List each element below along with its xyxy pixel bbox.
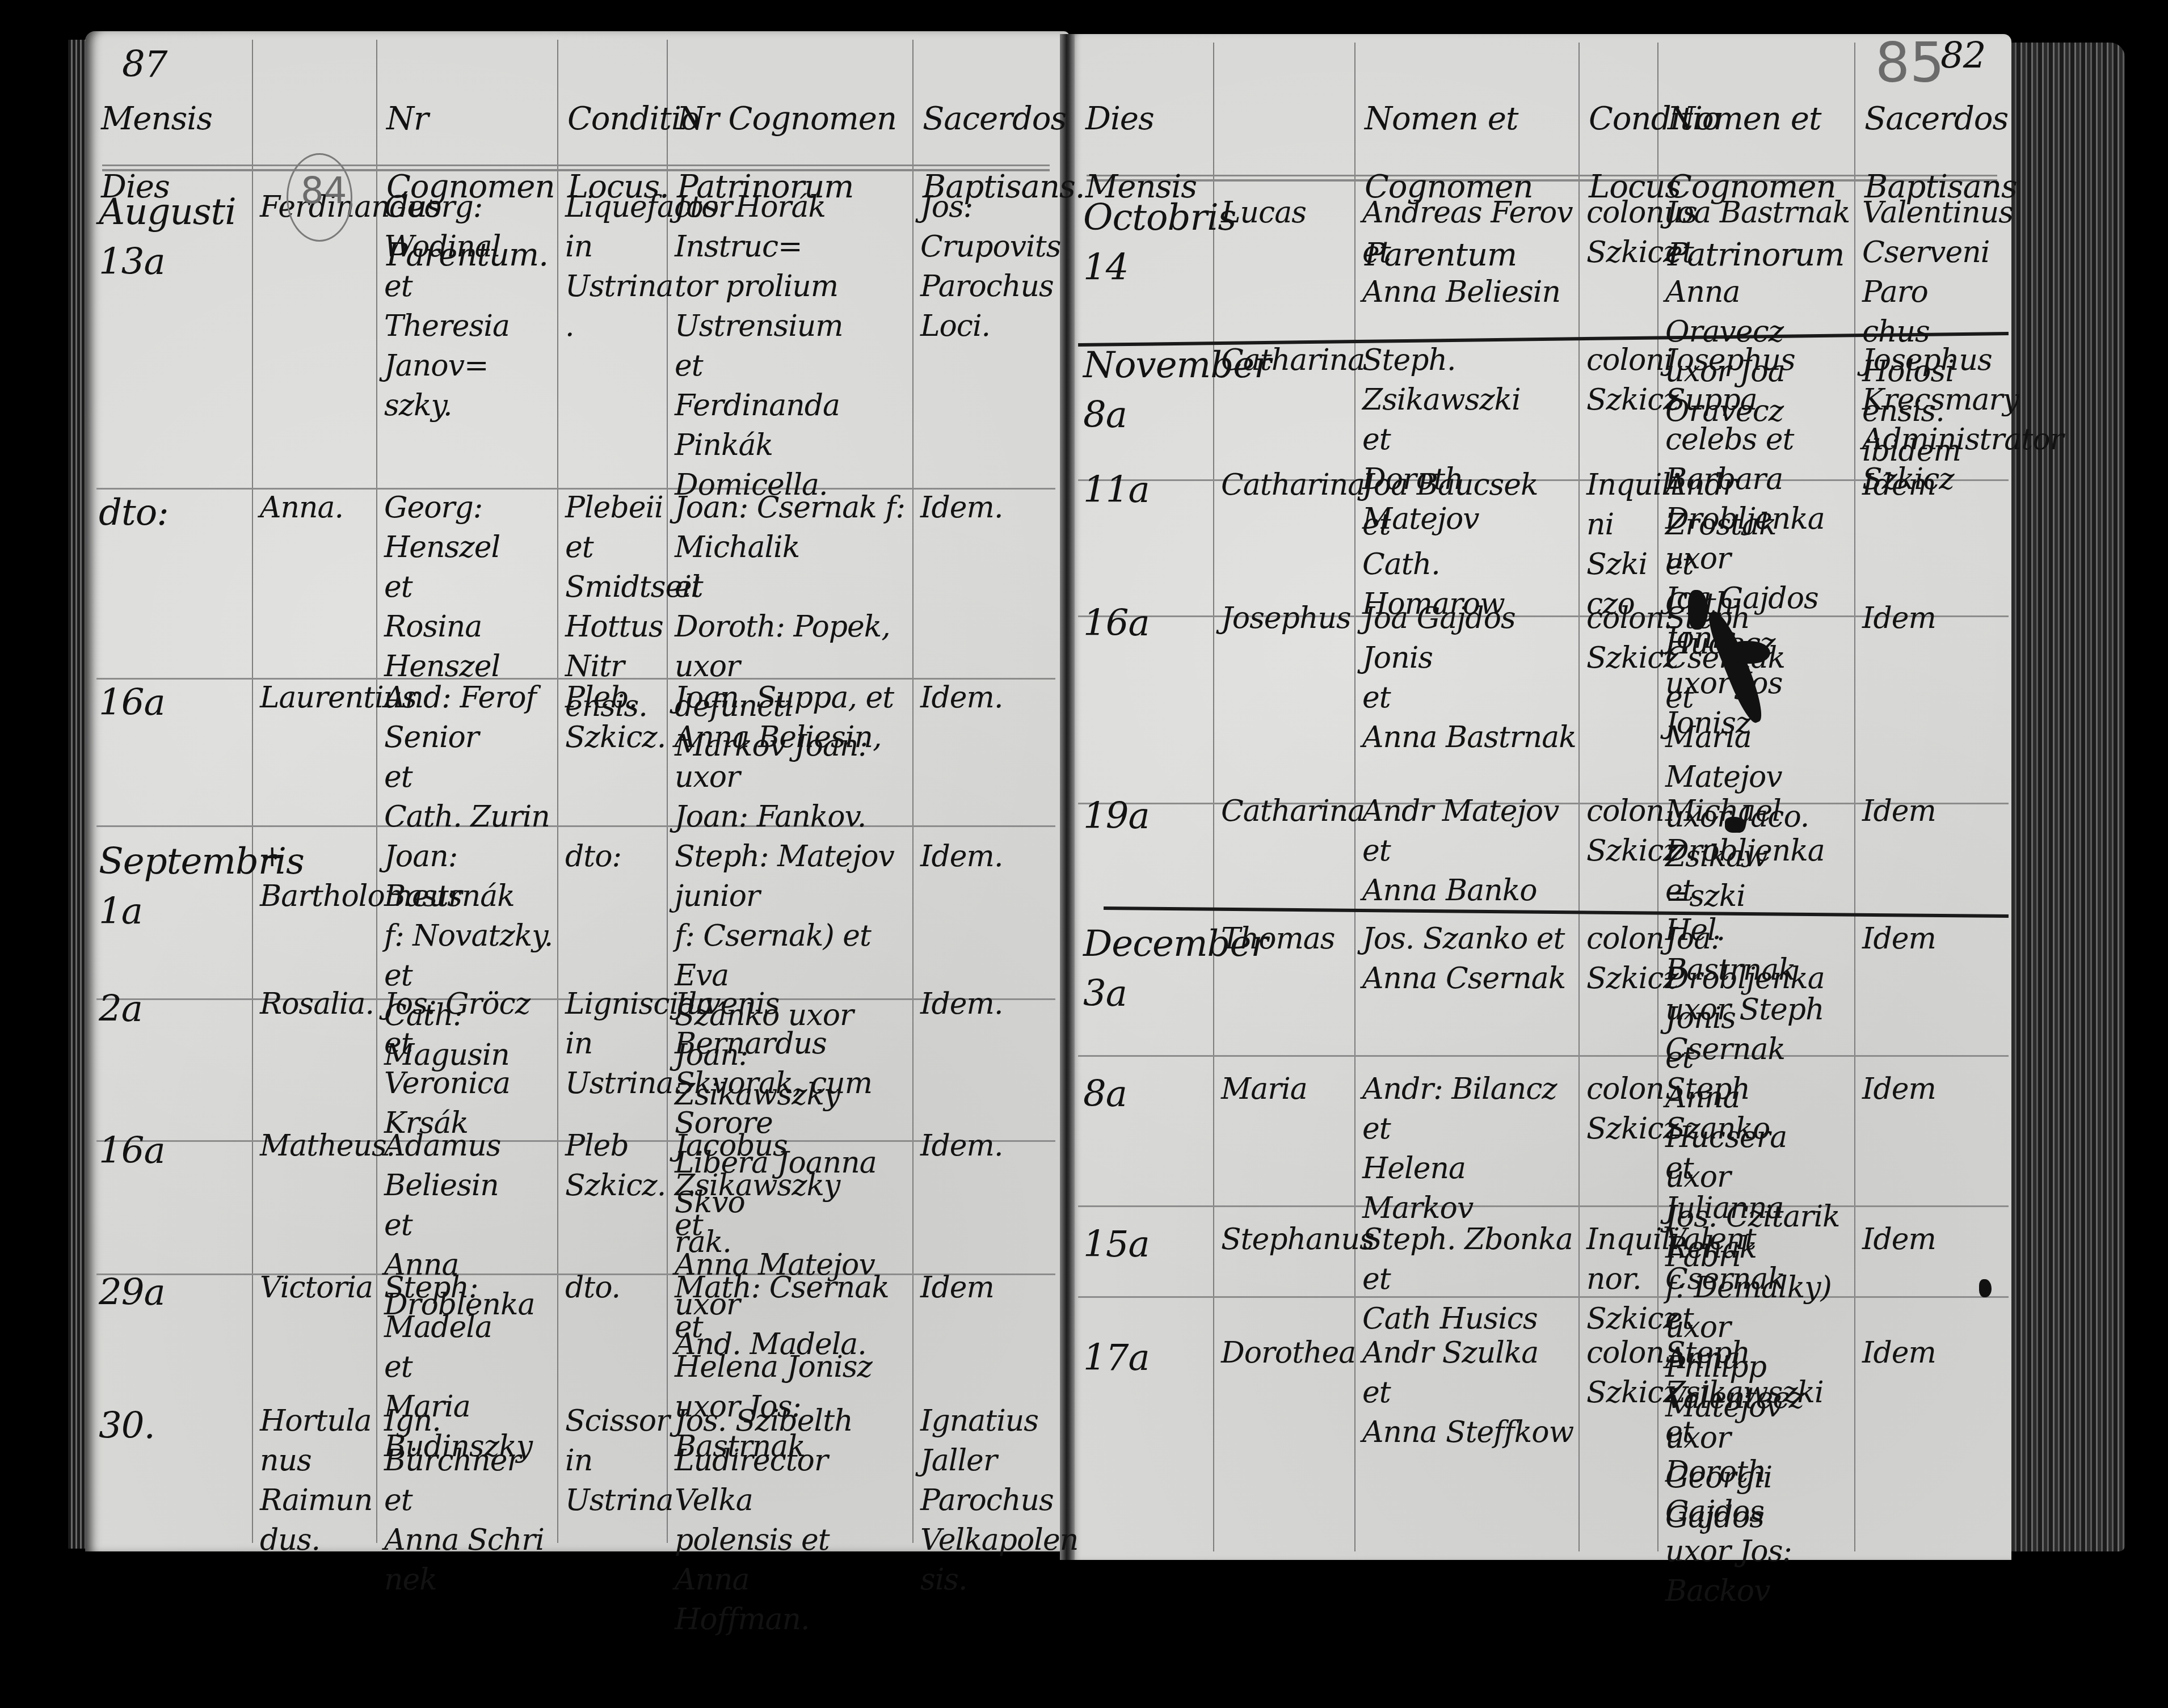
left_page-entry-priest: Jos: Crupovits Parochus Loci. xyxy=(920,187,1059,346)
left_page-column-divider xyxy=(376,40,377,1543)
left_page-entry-godparents: Jos. Szibelth Ludirector Velka polensis … xyxy=(675,1401,910,1639)
right_page-entry-date: 19a xyxy=(1083,791,1211,841)
left_page-entry-condition: Pleb. Szkicz. xyxy=(565,678,664,757)
right_page-entry-priest: Idem xyxy=(1862,465,2006,505)
left_page-entry-name: Rosalia. xyxy=(260,984,374,1024)
left_page-entry-priest: Idem. xyxy=(920,837,1059,876)
right_page-entry-condition: Inquili nor. Szkicz xyxy=(1586,1220,1655,1339)
right_page-entry-priest: Idem xyxy=(1862,1220,2006,1259)
right_page-column-divider xyxy=(1854,43,1855,1551)
right_page-entry-date: 16a xyxy=(1083,598,1211,648)
right_page-entry-parents: Steph. Zbonka et Cath Husics xyxy=(1362,1220,1576,1339)
left_page-entry-parents: Georg: Henszel et Rosina Henszel xyxy=(384,488,555,686)
right_page-entry-godparents: Steph Zsikawszki et Doroth Gajdos uxor J… xyxy=(1665,1333,1852,1611)
right_page-entry-name: Lucas xyxy=(1221,193,1352,233)
book-gutter xyxy=(1060,34,1075,1560)
left_page-entry-priest: Idem. xyxy=(920,678,1059,718)
left_page-entry-name: + Bartholomeus xyxy=(260,837,374,916)
right_page-entry-parents: Andr: Bilancz et Helena Markov xyxy=(1362,1069,1576,1228)
right_page-column-divider xyxy=(1213,43,1214,1551)
left_page-entry-date: Septembris 1a xyxy=(99,837,250,937)
right_page-entry-condition: colon Szkicz xyxy=(1586,919,1655,998)
right_page-entry-condition: colonus Szkicz xyxy=(1586,193,1655,272)
right_page-entry-priest: Idem xyxy=(1862,1333,2006,1373)
left_page-entry-date: 16a xyxy=(99,678,250,728)
left_page-column-divider xyxy=(667,40,668,1543)
page-edges xyxy=(2011,43,2125,1551)
left-page-pencil-folio: 84 xyxy=(301,170,347,212)
left_page-column-divider xyxy=(557,40,558,1543)
ink-blot xyxy=(1725,817,1745,833)
right_page-entry-parents: Andreas Ferov et Anna Beliesin xyxy=(1362,193,1576,312)
right_page-entry-parents: Jos. Szanko et Anna Csernak xyxy=(1362,919,1576,998)
left_page-entry-priest: Idem. xyxy=(920,984,1059,1024)
ink-blot xyxy=(1688,590,1708,630)
right_page-entry-parents: Andr Matejov et Anna Banko xyxy=(1362,791,1576,910)
left_page-entry-date: 29a xyxy=(99,1268,250,1318)
left_page-entry-parents: Jos: Gröcz et Veronica Krsák xyxy=(384,984,555,1143)
right_page-entry-condition: coloni Szkicz xyxy=(1586,340,1655,420)
left_page-entry-date: 2a xyxy=(99,984,250,1034)
right-page-pencil-folio: 85 xyxy=(1875,31,1944,95)
left_page-entry-condition: Scissor in Ustrina xyxy=(565,1401,664,1520)
right_page-entry-date: 15a xyxy=(1083,1220,1211,1270)
left_page-entry-condition: Liquefactor in Ustrina . xyxy=(565,187,664,346)
right_page-entry-condition: colon Szkicz xyxy=(1586,791,1655,871)
left_page-entry-condition: Pleb Szkicz. xyxy=(565,1126,664,1205)
right-page-row-separator xyxy=(1078,1055,2009,1057)
left_page-entry-condition: dto: xyxy=(565,837,664,876)
right_page-entry-priest: Idem xyxy=(1862,919,2006,959)
right_page-entry-date: December 3a xyxy=(1083,919,1211,1019)
right_page-entry-parents: Joa Gajdos Jonis et Anna Bastrnak xyxy=(1362,598,1576,757)
right_page-entry-name: Dorothea xyxy=(1221,1333,1352,1373)
right_page-entry-name: Catharina xyxy=(1221,465,1352,505)
left-page-folio-number: 87 xyxy=(122,40,173,90)
left_page-entry-priest: Idem. xyxy=(920,488,1059,528)
right_page-entry-date: November 8a xyxy=(1083,340,1211,440)
left_page-column-divider xyxy=(912,40,913,1543)
right_page-entry-name: Catharina xyxy=(1221,340,1352,380)
right_page-entry-name: Catharina xyxy=(1221,791,1352,831)
left_page-entry-name: Anna. xyxy=(260,488,374,528)
left_page-column-divider xyxy=(252,40,253,1543)
left_page-entry-name: Matheus. xyxy=(260,1126,374,1166)
right_page-entry-priest: Idem xyxy=(1862,598,2006,638)
left-page-row-separator xyxy=(96,825,1055,827)
left_page-entry-date: 16a xyxy=(99,1126,250,1176)
left_page-entry-parents: And: Ferof Senior et Cath. Zurin xyxy=(384,678,555,837)
right_page-entry-condition: colon Szkicz xyxy=(1586,1333,1655,1412)
right_page-entry-name: Josephus xyxy=(1221,598,1352,638)
right_page-entry-date: 11a xyxy=(1083,465,1211,515)
right_page-entry-date: Octobris 14 xyxy=(1083,193,1211,293)
left_page-entry-date: Augusti 13a xyxy=(99,187,250,287)
right_page-entry-priest: Idem xyxy=(1862,791,2006,831)
left_page-entry-name: Victoria xyxy=(260,1268,374,1308)
right_page-entry-name: Maria xyxy=(1221,1069,1352,1109)
right-page-folio-number: 82 xyxy=(1940,31,1992,81)
right_page-entry-parents: Andr Szulka et Anna Steffkow xyxy=(1362,1333,1576,1452)
left_page-entry-parents: Ign. Bürchner et Anna Schri nek xyxy=(384,1401,555,1600)
ink-blot xyxy=(1731,641,1770,664)
left_page-entry-priest: Idem xyxy=(920,1268,1059,1308)
ink-blot xyxy=(1979,1279,1992,1297)
left_page-entry-condition: Ligniscida in Ustrina. xyxy=(565,984,664,1103)
left_page-entry-name: Hortula nus Raimun dus. xyxy=(260,1401,374,1560)
left_page-entry-name: Laurentius xyxy=(260,678,374,718)
left_page-entry-priest: Idem. xyxy=(920,1126,1059,1166)
right_page-entry-priest: Idem xyxy=(1862,1069,2006,1109)
left_page-entry-godparents: Jos. Horák Instruc= tor prolium Ustrensi… xyxy=(675,187,910,505)
left_page-entry-godparents: Joan. Suppa, et Anna Beliesin, uxor Joan… xyxy=(675,678,910,837)
left_page-entry-priest: Ignatius Jaller Parochus Velkapolen sis. xyxy=(920,1401,1059,1600)
right_page-entry-date: 17a xyxy=(1083,1333,1211,1383)
right_page-column-divider xyxy=(1578,43,1580,1551)
right_page-entry-name: Thomas xyxy=(1221,919,1352,959)
right_page-entry-condition: colon Szkicz xyxy=(1586,1069,1655,1149)
right_page-entry-name: Stephanus xyxy=(1221,1220,1352,1259)
left_page-entry-condition: dto. xyxy=(565,1268,664,1308)
left_page-entry-parents: Georg: Wodinal et Theresia Janov= szky. xyxy=(384,187,555,425)
left_page-entry-date: 30. xyxy=(99,1401,250,1451)
right_page-entry-date: 8a xyxy=(1083,1069,1211,1119)
left_page-entry-date: dto: xyxy=(99,488,250,538)
right_page-entry-condition: colon: Szkicz xyxy=(1586,598,1655,678)
